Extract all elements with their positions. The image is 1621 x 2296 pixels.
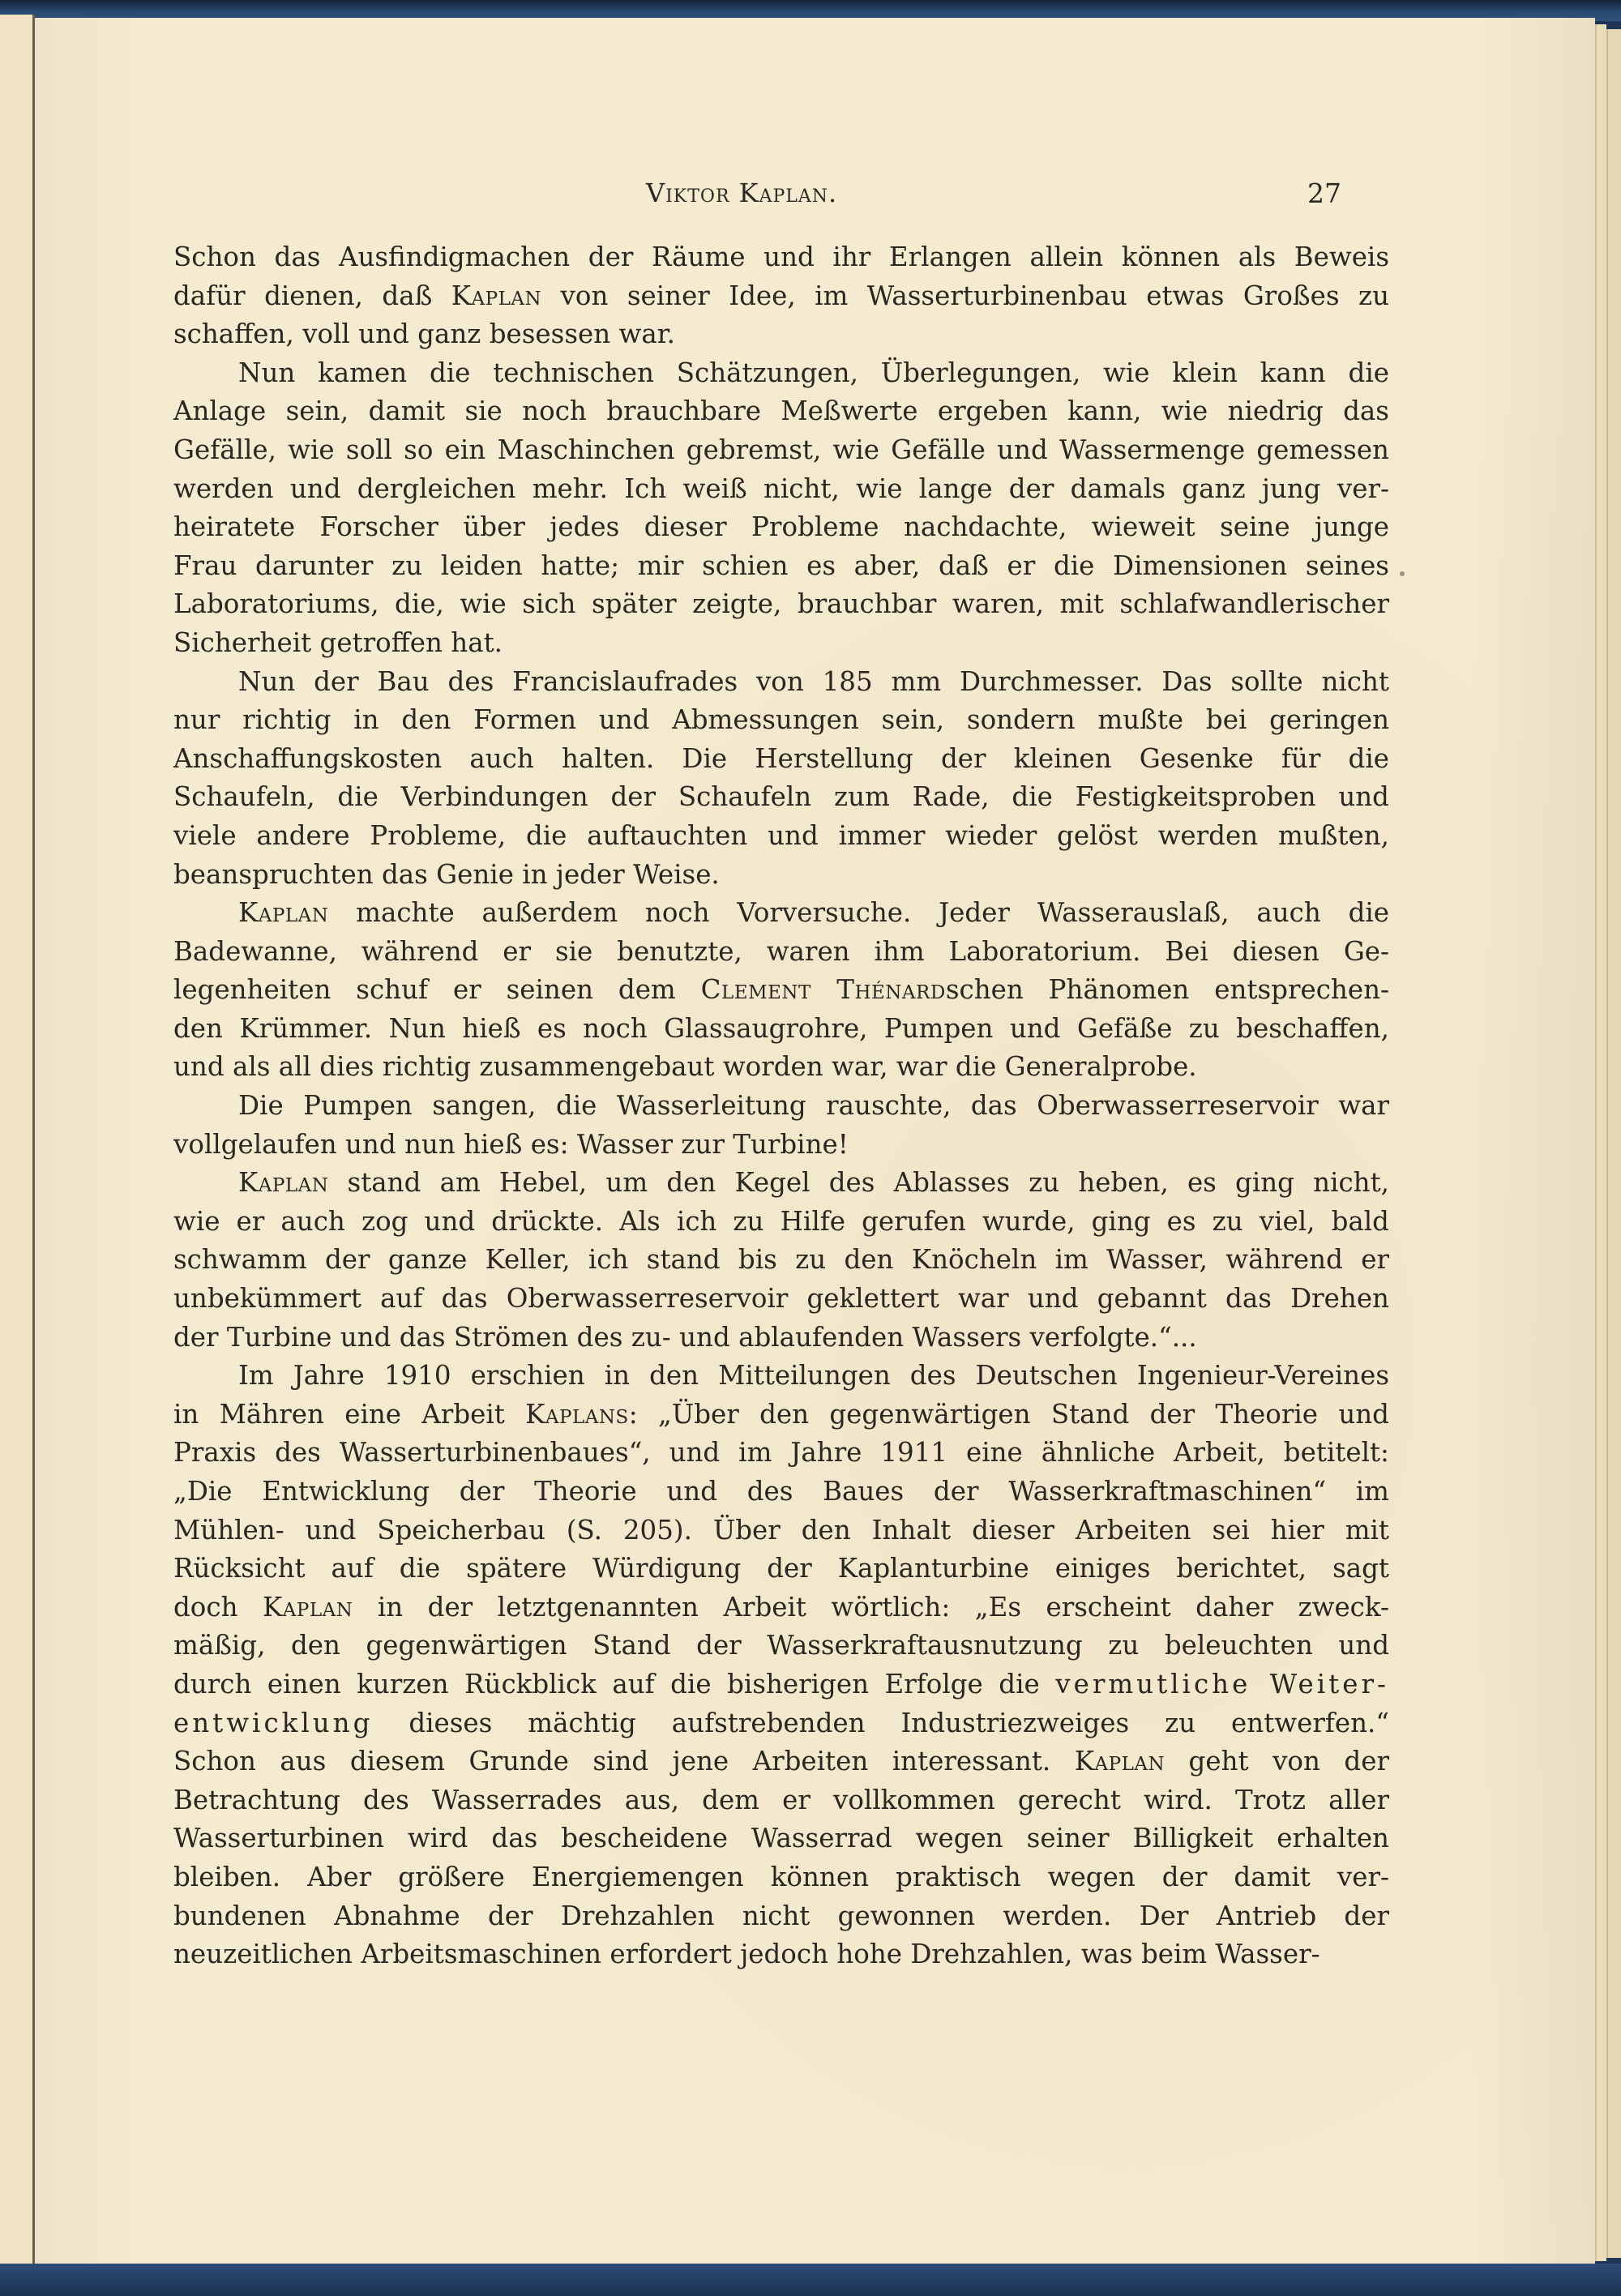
paragraph: Nun der Bau des Francislaufrades von 185… (173, 663, 1389, 895)
margin-speck (1400, 571, 1405, 576)
text-line: „Die Entwicklung der Theorie und des Bau… (173, 1473, 1389, 1511)
text-segment: Im Jahre 1910 erschien in den Mitteilung… (238, 1360, 1389, 1391)
paragraph: Kaplan machte außerdem noch Vorversuche.… (173, 894, 1389, 1087)
text-segment: schen Phänomen entsprechen- (946, 974, 1389, 1005)
book-page: Viktor Kaplan. 27 Schon das Ausfindigmac… (35, 18, 1595, 2267)
running-head: Viktor Kaplan. 27 (35, 177, 1595, 213)
text-segment: geht von der (1165, 1746, 1389, 1777)
text-line: bleiben. Aber größere Energiemengen könn… (173, 1858, 1389, 1897)
text-segment: in der letztgenannten Arbeit wörtlich: „… (353, 1592, 1389, 1623)
text-line: schaffen, voll und ganz besessen war. (173, 315, 1389, 354)
paragraph: Schon das Ausfindigmachen der Räume und … (173, 238, 1389, 354)
text-segment: Schon aus diesem Grunde sind jene Arbeit… (173, 1746, 1075, 1777)
text-segment: wie er auch zog und drückte. Als ich zu … (173, 1206, 1389, 1237)
text-segment: Nun kamen die technischen Schätzungen, Ü… (238, 357, 1389, 388)
text-segment: Praxis des Wasserturbinenbaues“, und im … (173, 1437, 1389, 1468)
text-line: nur richtig in den Formen und Abmessunge… (173, 701, 1389, 740)
text-segment: Rücksicht auf die spätere Würdigung der … (173, 1553, 1389, 1584)
text-line: der Turbine und das Strömen des zu- und … (173, 1319, 1389, 1358)
text-line: legenheiten schuf er seinen dem Clement … (173, 971, 1389, 1010)
text-line: Schon aus diesem Grunde sind jene Arbeit… (173, 1742, 1389, 1781)
text-segment: mäßig, den gegenwärtigen Stand der Wasse… (173, 1630, 1389, 1661)
text-line: werden und dergleichen mehr. Ich weiß ni… (173, 470, 1389, 509)
text-line: in Mähren eine Arbeit Kaplans: „Über den… (173, 1396, 1389, 1434)
text-segment: „Die Entwicklung der Theorie und des Bau… (173, 1476, 1389, 1507)
text-line: Anlage sein, damit sie noch brauchbare M… (173, 392, 1389, 431)
text-line: viele andere Probleme, die auftauchten u… (173, 817, 1389, 856)
page-stack-edge (1595, 24, 1606, 2261)
paragraph: Im Jahre 1910 erschien in den Mitteilung… (173, 1357, 1389, 1974)
text-segment: Die Pumpen sangen, die Wasserleitung rau… (238, 1090, 1389, 1121)
text-segment: von seiner Idee, im Wasserturbinenbau et… (541, 280, 1389, 311)
text-segment: werden und dergleichen mehr. Ich weiß ni… (173, 473, 1389, 504)
text-line: wie er auch zog und drückte. Als ich zu … (173, 1203, 1389, 1242)
page-stack-edge (1606, 29, 1621, 2258)
text-line: Mühlen- und Speicherbau (S. 205). Über d… (173, 1511, 1389, 1550)
text-line: Sicherheit getroffen hat. (173, 624, 1389, 663)
text-segment: in Mähren eine Arbeit (173, 1399, 525, 1430)
text-segment: Anschaffungskosten auch halten. Die Hers… (173, 743, 1389, 774)
text-segment: Wasserturbinen wird das bescheidene Wass… (173, 1823, 1389, 1853)
text-line: Kaplan machte außerdem noch Vorversuche.… (173, 894, 1389, 933)
text-line: Anschaffungskosten auch halten. Die Hers… (173, 740, 1389, 779)
text-segment: unbekümmert auf das Oberwasserreservoir … (173, 1283, 1389, 1314)
text-line: Badewanne, während er sie benutzte, ware… (173, 933, 1389, 972)
text-segment: nur richtig in den Formen und Abmessunge… (173, 704, 1389, 735)
small-caps-name: Kaplan (263, 1592, 353, 1623)
text-segment: dafür dienen, daß (173, 280, 451, 311)
text-segment: Frau darunter zu leiden hatte; mir schie… (173, 550, 1389, 581)
text-segment: und als all dies richtig zusammengebaut … (173, 1051, 1197, 1082)
text-line: Nun kamen die technischen Schätzungen, Ü… (173, 354, 1389, 393)
paragraph: Nun kamen die technischen Schätzungen, Ü… (173, 354, 1389, 663)
text-line: schwamm der ganze Keller, ich stand bis … (173, 1241, 1389, 1280)
text-segment: schaffen, voll und ganz besessen war. (173, 319, 675, 349)
small-caps-name: Kaplan (1075, 1746, 1165, 1777)
text-segment: : „Über den gegenwärtigen Stand der Theo… (629, 1399, 1389, 1430)
text-line: durch einen kurzen Rückblick auf die bis… (173, 1665, 1389, 1704)
emphasized-text: vermutliche Weiter- (1055, 1669, 1389, 1700)
text-segment: legenheiten schuf er seinen dem (173, 974, 701, 1005)
text-segment: schwamm der ganze Keller, ich stand bis … (173, 1244, 1389, 1275)
text-segment: Nun der Bau des Francislaufrades von 185… (238, 666, 1389, 697)
text-line: heiratete Forscher über jedes dieser Pro… (173, 508, 1389, 547)
text-line: Praxis des Wasserturbinenbaues“, und im … (173, 1434, 1389, 1473)
text-line: Die Pumpen sangen, die Wasserleitung rau… (173, 1087, 1389, 1126)
text-segment: Gefälle, wie soll so ein Maschinchen geb… (173, 434, 1389, 465)
text-segment: beanspruchten das Genie in jeder Weise. (173, 859, 720, 890)
text-line: Kaplan stand am Hebel, um den Kegel des … (173, 1164, 1389, 1203)
text-line: unbekümmert auf das Oberwasserreservoir … (173, 1280, 1389, 1319)
text-line: vollgelaufen und nun hieß es: Wasser zur… (173, 1126, 1389, 1165)
paragraph: Die Pumpen sangen, die Wasserleitung rau… (173, 1087, 1389, 1164)
text-line: Im Jahre 1910 erschien in den Mitteilung… (173, 1357, 1389, 1396)
small-caps-name: Kaplan (238, 897, 328, 928)
small-caps-name: Kaplan (451, 280, 541, 311)
small-caps-name: Kaplan (238, 1167, 328, 1198)
text-line: Rücksicht auf die spätere Würdigung der … (173, 1550, 1389, 1588)
text-segment: dieses mächtig aufstrebenden Industriezw… (373, 1708, 1389, 1738)
text-segment: Badewanne, während er sie benutzte, ware… (173, 936, 1389, 967)
text-segment: Schon das Ausfindigmachen der Räume und … (173, 242, 1389, 272)
text-line: Gefälle, wie soll so ein Maschinchen geb… (173, 431, 1389, 470)
text-line: Schon das Ausfindigmachen der Räume und … (173, 238, 1389, 277)
text-line: dafür dienen, daß Kaplan von seiner Idee… (173, 277, 1389, 316)
text-line: Schaufeln, die Verbindungen der Schaufel… (173, 778, 1389, 817)
text-line: und als all dies richtig zusammengebaut … (173, 1048, 1389, 1087)
text-segment: stand am Hebel, um den Kegel des Ablasse… (328, 1167, 1389, 1198)
page-number: 27 (1307, 177, 1341, 209)
text-line: Wasserturbinen wird das bescheidene Wass… (173, 1819, 1389, 1858)
text-line: Laboratoriums, die, wie sich später zeig… (173, 585, 1389, 624)
text-segment: heiratete Forscher über jedes dieser Pro… (173, 511, 1389, 542)
text-line: Betrachtung des Wasserrades aus, dem er … (173, 1781, 1389, 1820)
text-segment: Schaufeln, die Verbindungen der Schaufel… (173, 781, 1389, 812)
book-cover-bottom-edge (0, 2264, 1621, 2296)
text-segment: Laboratoriums, die, wie sich später zeig… (173, 588, 1389, 619)
text-segment: doch (173, 1592, 263, 1623)
text-line: Nun der Bau des Francislaufrades von 185… (173, 663, 1389, 702)
emphasized-text: entwicklung (173, 1708, 373, 1738)
small-caps-name: Kaplans (525, 1399, 629, 1430)
small-caps-name: Clement Thénard (701, 974, 946, 1005)
text-segment: Betrachtung des Wasserrades aus, dem er … (173, 1785, 1389, 1815)
text-segment: neuzeitlichen Arbeitsmaschinen erfordert… (173, 1939, 1320, 1969)
text-segment: vollgelaufen und nun hieß es: Wasser zur… (173, 1129, 849, 1160)
text-segment: viele andere Probleme, die auftauchten u… (173, 820, 1389, 851)
text-segment: Anlage sein, damit sie noch brauchbare M… (173, 395, 1389, 426)
text-line: doch Kaplan in der letztgenannten Arbeit… (173, 1588, 1389, 1627)
text-segment: machte außerdem noch Vorversuche. Jeder … (328, 897, 1389, 928)
body-text: Schon das Ausfindigmachen der Räume und … (173, 238, 1389, 1974)
paragraph: Kaplan stand am Hebel, um den Kegel des … (173, 1164, 1389, 1357)
text-line: beanspruchten das Genie in jeder Weise. (173, 856, 1389, 895)
running-title: Viktor Kaplan. (646, 177, 837, 208)
text-segment: bleiben. Aber größere Energiemengen könn… (173, 1862, 1389, 1892)
text-segment: Mühlen- und Speicherbau (S. 205). Über d… (173, 1515, 1389, 1546)
text-line: mäßig, den gegenwärtigen Stand der Wasse… (173, 1627, 1389, 1665)
text-segment: bundenen Abnahme der Drehzahlen nicht ge… (173, 1901, 1389, 1931)
text-line: entwicklung dieses mächtig aufstrebenden… (173, 1704, 1389, 1743)
text-segment: der Turbine und das Strömen des zu- und … (173, 1322, 1197, 1353)
text-segment: Sicherheit getroffen hat. (173, 627, 503, 658)
text-line: neuzeitlichen Arbeitsmaschinen erfordert… (173, 1935, 1389, 1974)
text-segment: den Krümmer. Nun hieß es noch Glassaugro… (173, 1013, 1389, 1044)
text-line: Frau darunter zu leiden hatte; mir schie… (173, 547, 1389, 586)
facing-page-edge (0, 15, 35, 2276)
text-line: bundenen Abnahme der Drehzahlen nicht ge… (173, 1897, 1389, 1936)
text-segment: durch einen kurzen Rückblick auf die bis… (173, 1669, 1055, 1700)
text-line: den Krümmer. Nun hieß es noch Glassaugro… (173, 1010, 1389, 1049)
